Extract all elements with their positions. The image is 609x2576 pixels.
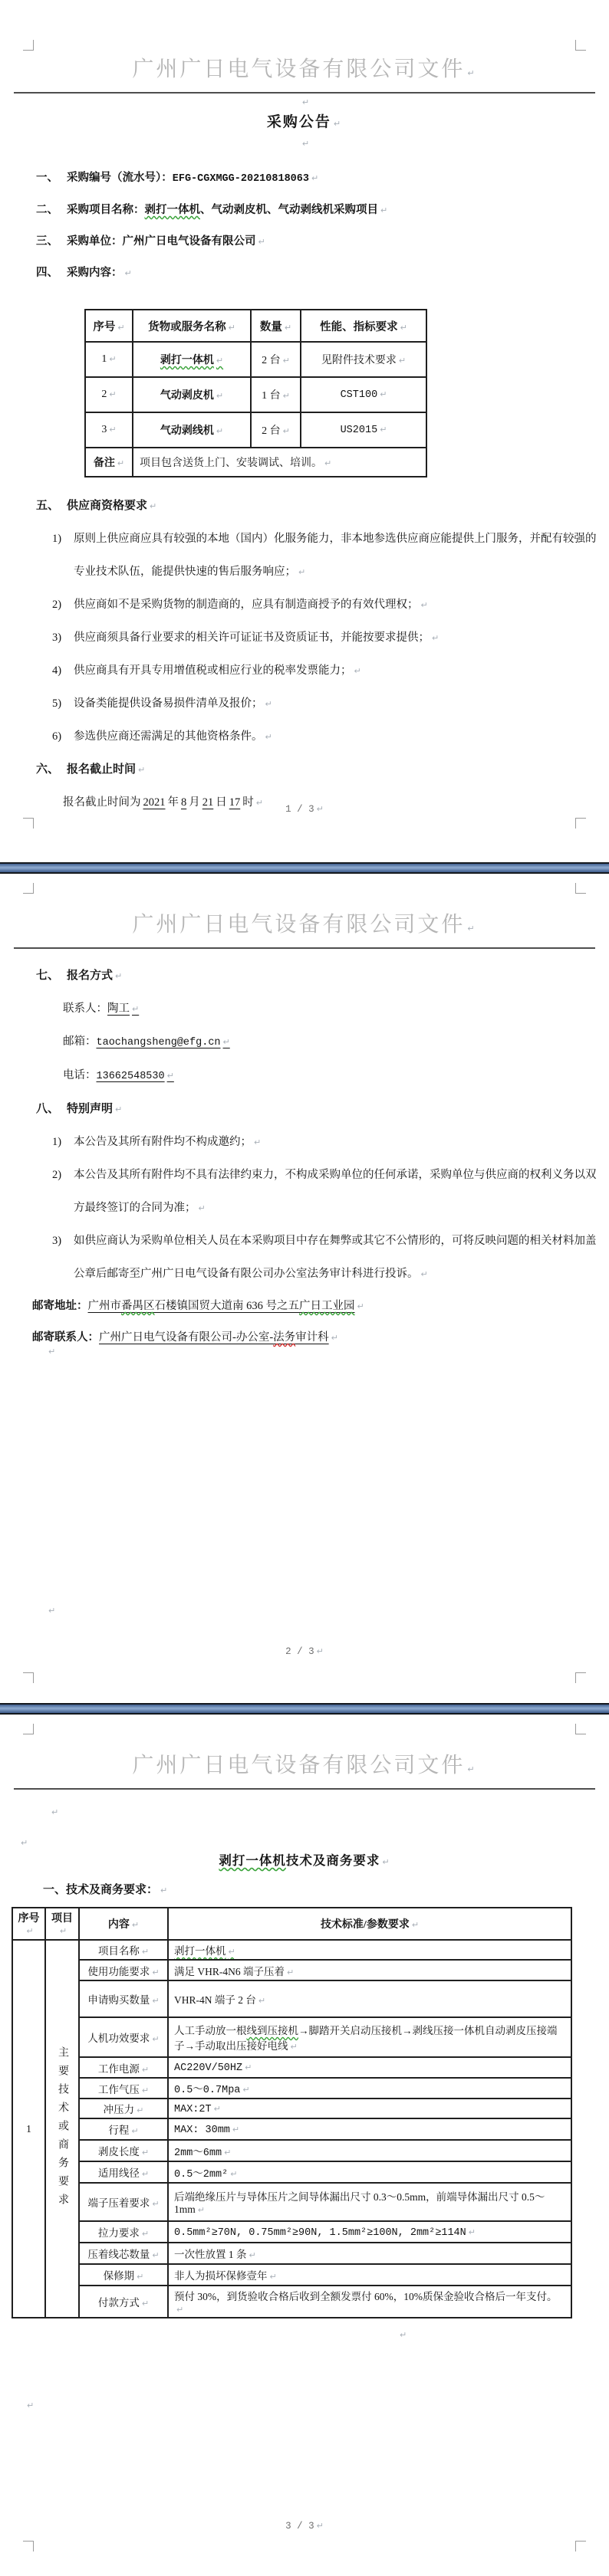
attachment-title-rest: 技术及商务要求 <box>286 1853 390 1868</box>
spec-name: 使用功能要求 <box>87 1966 159 1977</box>
contact-part: 广州广日电气设备有限公司-办公室- <box>99 1331 273 1344</box>
spec-name: 项目名称 <box>98 1945 149 1957</box>
list-marker: 2) <box>52 1159 74 1225</box>
phone-value: 13662548530 <box>97 1071 174 1082</box>
procurement-code: EFG-CGXMGG-20210818063 <box>173 173 318 185</box>
table-row: 冲压力 MAX:2T <box>12 2099 571 2118</box>
page-number: 1 / 3 <box>0 804 609 815</box>
address-part-spellcheck: 番禺区 <box>121 1300 155 1312</box>
spec-value: MAX:2T <box>174 2104 221 2115</box>
numbered-item-3: 三、采购单位：广州广日电气设备有限公司 <box>0 226 609 258</box>
paragraph-mark <box>397 2328 407 2341</box>
list-text: 参选供应商还需满足的其他资格条件。 <box>74 720 609 753</box>
spec-name: 剥皮长度 <box>98 2146 149 2158</box>
note-label: 备注 <box>94 458 124 469</box>
spec-name: 拉力要求 <box>98 2227 149 2239</box>
table-row: 使用功能要求 满足 VHR-4N6 端子压着 <box>12 1960 571 1980</box>
list-marker: 3) <box>52 1225 74 1291</box>
goods-req: CST100 <box>341 389 387 401</box>
return-mark-icon <box>397 2328 407 2341</box>
crop-mark <box>23 40 34 51</box>
item-label: 采购单位： <box>67 235 123 248</box>
paragraph-mark <box>25 2398 34 2412</box>
return-mark-icon <box>300 136 309 149</box>
table-row: 端子压着要求 后端绝缘压片与导体压片之间导体漏出尺寸 0.3～0.5mm，前端导… <box>12 2183 571 2221</box>
crop-mark <box>23 818 34 829</box>
list-text: 本公告及其所有附件均不构成邀约； <box>74 1126 609 1159</box>
spec-name: 适用线径 <box>98 2167 149 2179</box>
mail-contact-line: 邮寄联系人：广州广日电气设备有限公司-办公室-法务审计科 <box>0 1322 609 1354</box>
table-row: 1 主要技术或商务要求 项目名称 剥打一体机 <box>12 1940 571 1960</box>
row-index: 2 <box>101 389 116 400</box>
list-item: 2)供应商如不是采购货物的制造商的，应具有制造商授予的有效代理权； <box>0 589 609 622</box>
return-mark-icon <box>46 1344 55 1357</box>
return-mark-icon <box>329 1331 338 1344</box>
numbered-item-1: 一、采购编号（流水号）：EFG-CGXMGG-20210818063 <box>0 162 609 195</box>
list-item: 3)如供应商认为采购单位相关人员在本采购项目中存在舞弊或其它不公情形的，可将反映… <box>0 1225 609 1291</box>
crop-mark <box>575 1724 586 1734</box>
list-marker: 3) <box>52 622 74 655</box>
numbered-items: 一、采购编号（流水号）：EFG-CGXMGG-20210818063 二、采购项… <box>0 162 609 289</box>
phone-label: 电话： <box>63 1069 97 1081</box>
spec-name: 人机功效要求 <box>87 2033 159 2044</box>
row-index: 1 <box>26 2123 31 2135</box>
page-title: 采购公告 <box>0 112 609 135</box>
spec-name: 端子压着要求 <box>87 2197 159 2209</box>
paragraph-mark <box>0 94 609 110</box>
table-note-row: 备注 项目包含送货上门、安装调试、培训。 <box>85 448 426 477</box>
address-part: 广州市 <box>88 1300 122 1312</box>
spec-name: 压着线芯数量 <box>87 2249 159 2260</box>
numbered-item-4: 四、采购内容： <box>0 258 609 289</box>
return-mark-icon <box>355 1300 364 1312</box>
crop-mark <box>575 40 586 51</box>
goods-req: 见附件技术要求 <box>321 355 406 366</box>
goods-qty: 2 台 <box>262 425 290 437</box>
page-number-text: 3 / 3 <box>285 2521 324 2532</box>
section-title: 供应商资格要求 <box>67 500 156 512</box>
list-text: 供应商如不是采购货物的制造商的，应具有制造商授予的有效代理权； <box>74 589 609 622</box>
crop-mark <box>23 1724 34 1734</box>
attachment-title-highlight: 剥打一体机 <box>219 1853 286 1868</box>
document-page-3: 广州广日电气设备有限公司文件 剥打一体机技术及商务要求 一、技术及商务要求： 序… <box>0 1715 609 2576</box>
contact-line: 联系人：陶工 <box>0 993 609 1025</box>
column-header: 性能、指标要求 <box>320 321 407 333</box>
column-header: 序号 <box>18 1913 40 1937</box>
email-label: 邮箱： <box>63 1035 97 1048</box>
crop-mark <box>23 2541 34 2551</box>
list-marker: 4) <box>52 655 74 687</box>
company-letterhead: 广州广日电气设备有限公司文件 <box>0 874 609 938</box>
table-row: 压着线芯数量 一次性放置 1 条 <box>12 2243 571 2264</box>
crop-mark <box>575 2541 586 2551</box>
company-letterhead: 广州广日电气设备有限公司文件 <box>0 0 609 83</box>
spec-name: 付款方式 <box>98 2297 149 2309</box>
item-number: 三、 <box>36 226 67 257</box>
column-header: 项目 <box>51 1913 73 1937</box>
item-number: 一、 <box>36 162 67 193</box>
table-row: 工作气压 0.5～0.7Mpa <box>12 2078 571 2099</box>
contact-part-spellcheck: 法务 <box>273 1331 295 1344</box>
spec-value: 一次性放置 1 条 <box>174 2249 256 2260</box>
mail-contact-label: 邮寄联系人： <box>32 1331 99 1344</box>
table-row: 保修期 非人为损坏保修壹年 <box>12 2264 571 2286</box>
table-row: 人机功效要求 人工手动放一根线到压接机→脚踏开关启动压接机→剥线压接一体机自动剥… <box>12 2017 571 2057</box>
table-header-row: 序号 货物或服务名称 数量 性能、指标要求 <box>85 310 426 342</box>
goods-name: 气动剥皮机 <box>160 390 223 402</box>
address-part: 石楼镇国贸大道南 636 号之五 <box>155 1300 300 1312</box>
spec-name: 工作气压 <box>98 2084 149 2095</box>
list-text: 供应商具有开具专用增值税或相应行业的税率发票能力； <box>74 655 609 687</box>
column-header: 内容 <box>108 1919 139 1931</box>
table-row: 行程 MAX: 30mm <box>12 2118 571 2140</box>
return-mark-icon <box>49 1805 58 1818</box>
item-label: 采购项目名称： <box>67 204 145 216</box>
section-title: 技术及商务要求： <box>66 1884 167 1896</box>
spec-value: 非人为损坏保修壹年 <box>174 2270 277 2282</box>
technical-requirements-table: 序号 项目 内容 技术标准/参数要求 1 主要技术或商务要求 项目名称 剥打一体… <box>12 1907 572 2318</box>
spec-value: 0.5mm²≥70N, 0.75mm²≥90N, 1.5mm²≥100N, 2m… <box>174 2227 476 2239</box>
mail-address-line: 邮寄地址：广州市番禺区石楼镇国贸大道南 636 号之五广日工业园 <box>0 1291 609 1322</box>
spec-value: 预付 30%，到货验收合格后收到全额发票付 60%，10%质保金验收合格后一年支… <box>174 2291 558 2315</box>
row-index: 1 <box>101 353 116 365</box>
spec-name: 冲压力 <box>104 2104 144 2115</box>
list-item: 1)本公告及其所有附件均不构成邀约； <box>0 1126 609 1159</box>
email-line: 邮箱：taochangsheng@efg.cn <box>0 1025 609 1059</box>
page-number-text: 2 / 3 <box>285 1646 324 1657</box>
list-item: 3)供应商须具备行业要求的相关许可证证书及资质证书，并能按要求提供； <box>0 622 609 655</box>
document-page-1: 广州广日电气设备有限公司文件 采购公告 一、采购编号（流水号）：EFG-CGXM… <box>0 0 609 862</box>
mail-contact-value: 广州广日电气设备有限公司-办公室-法务审计科 <box>99 1331 329 1344</box>
phone-line: 电话：13662548530 <box>0 1059 609 1093</box>
spec-value: 2mm～6mm <box>174 2148 231 2159</box>
list-text: 原则上供应商应具有较强的本地（国内）化服务能力，非本地参选供应商应能提供上门服务… <box>74 523 609 589</box>
item-number: 二、 <box>36 195 67 225</box>
attachment-title: 剥打一体机技术及商务要求 <box>0 1851 609 1872</box>
section-title: 报名方式 <box>67 970 122 982</box>
spec-value: MAX: 30mm <box>174 2125 239 2136</box>
section-1-heading: 一、技术及商务要求： <box>0 1875 609 1905</box>
spec-value: 满足 VHR-4N6 端子压着 <box>174 1966 294 1977</box>
project-name-rest: 、气动剥皮机、气动剥线机采购项目 <box>200 204 387 216</box>
page-number: 2 / 3 <box>0 1646 609 1657</box>
address-part-spellcheck: 广日工业园 <box>299 1300 355 1312</box>
list-item: 2)本公告及其所有附件均不具有法律约束力，不构成采购单位的任何承诺，采购单位与供… <box>0 1159 609 1225</box>
spacer <box>0 1790 609 1848</box>
list-marker: 2) <box>52 589 74 622</box>
table-header-row: 序号 项目 内容 技术标准/参数要求 <box>12 1908 571 1940</box>
spec-value: 0.5～0.7Mpa <box>174 2085 250 2096</box>
table-row: 适用线径 0.5～2mm² <box>12 2161 571 2183</box>
crop-mark <box>575 1672 586 1683</box>
list-marker: 5) <box>52 687 74 720</box>
column-header: 货物或服务名称 <box>148 321 235 333</box>
spec-value: 后端绝缘压片与导体压片之间导体漏出尺寸 0.3～0.5mm，前端导体漏出尺寸 0… <box>174 2191 545 2215</box>
spec-name: 保修期 <box>104 2270 144 2282</box>
page-separator <box>0 1703 609 1715</box>
company-letterhead: 广州广日电气设备有限公司文件 <box>0 1715 609 1779</box>
spec-value-part: 人工手动放一根 <box>174 2025 247 2036</box>
procurement-content-table: 序号 货物或服务名称 数量 性能、指标要求 1 剥打一体机 2 台 见附件技术要… <box>84 309 427 477</box>
section-title: 报名截止时间 <box>67 763 145 776</box>
letterhead-rule <box>14 947 595 949</box>
spec-value: VHR-4N 端子 2 台 <box>174 1994 265 2006</box>
section-title: 特别声明 <box>67 1103 122 1115</box>
table-row: 2 气动剥皮机 1 台 CST100 <box>85 377 426 412</box>
contact-label: 联系人： <box>63 1003 107 1015</box>
section-number: 八、 <box>36 1093 67 1126</box>
spec-value: AC220V/50HZ <box>174 2062 252 2074</box>
return-mark-icon <box>25 2398 34 2411</box>
purchaser-name: 广州广日电气设备有限公司 <box>123 235 265 248</box>
numbered-item-2: 二、采购项目名称：剥打一体机、气动剥皮机、气动剥线机采购项目 <box>0 195 609 226</box>
table-row: 1 剥打一体机 2 台 见附件技术要求 <box>85 342 426 377</box>
table-row: 申请购买数量 VHR-4N 端子 2 台 <box>12 1980 571 2017</box>
return-mark-icon <box>46 1603 55 1616</box>
table-row: 工作电源 AC220V/50HZ <box>12 2057 571 2078</box>
paragraph-mark <box>18 1836 28 1849</box>
row-index: 3 <box>101 424 116 435</box>
list-marker: 1) <box>52 523 74 589</box>
page-number-text: 1 / 3 <box>285 804 324 815</box>
paragraph-mark <box>49 1805 58 1819</box>
paragraph-mark <box>46 1344 55 1358</box>
section-number: 七、 <box>36 960 67 993</box>
paragraph-mark <box>46 1603 55 1617</box>
spec-value: 剥打一体机 <box>174 1945 235 1957</box>
crop-mark <box>23 1672 34 1683</box>
list-item: 1)原则上供应商应具有较强的本地（国内）化服务能力，非本地参选供应商应能提供上门… <box>0 523 609 589</box>
goods-name: 剥打一体机 <box>160 355 223 366</box>
goods-name: 气动剥线机 <box>160 425 223 437</box>
spec-name: 工作电源 <box>98 2063 149 2075</box>
list-marker: 1) <box>52 1126 74 1159</box>
goods-qty: 2 台 <box>262 355 290 366</box>
document-page-2: 广州广日电气设备有限公司文件 七、报名方式 联系人：陶工 邮箱：taochang… <box>0 874 609 1703</box>
section-number: 六、 <box>36 753 67 786</box>
section-number: 一、 <box>43 1884 66 1896</box>
category-vertical-label: 主要技术或商务要求 <box>57 2046 67 2212</box>
spec-name: 行程 <box>108 2125 138 2136</box>
list-text: 如供应商认为采购单位相关人员在本采购项目中存在舞弊或其它不公情形的，可将反映问题… <box>74 1225 609 1291</box>
column-header: 序号 <box>93 321 124 333</box>
goods-req: US2015 <box>341 425 387 436</box>
goods-qty: 1 台 <box>262 390 290 402</box>
table-row: 剥皮长度 2mm～6mm <box>12 2140 571 2161</box>
spec-value: 0.5～2mm² <box>174 2169 237 2181</box>
column-header: 数量 <box>260 321 291 333</box>
return-mark-icon <box>18 1836 28 1849</box>
mail-address-value: 广州市番禺区石楼镇国贸大道南 636 号之五广日工业园 <box>88 1300 355 1312</box>
section-number: 五、 <box>36 490 67 523</box>
page-separator <box>0 862 609 874</box>
list-item: 4)供应商具有开具专用增值税或相应行业的税率发票能力； <box>0 655 609 687</box>
crop-mark <box>575 818 586 829</box>
section-8-heading: 八、特别声明 <box>0 1093 609 1126</box>
table-row: 拉力要求 0.5mm²≥70N, 0.75mm²≥90N, 1.5mm²≥100… <box>12 2221 571 2243</box>
list-text: 设备类能提供设备易损件清单及报价； <box>74 687 609 720</box>
item-label: 采购内容： <box>67 267 132 279</box>
list-marker: 6) <box>52 720 74 753</box>
item-label: 采购编号（流水号）： <box>67 172 173 184</box>
column-header: 技术标准/参数要求 <box>321 1919 419 1931</box>
item-number: 四、 <box>36 258 67 288</box>
email-value: taochangsheng@efg.cn <box>97 1037 230 1048</box>
section-6-heading: 六、报名截止时间 <box>0 753 609 786</box>
table-row: 3 气动剥线机 2 台 US2015 <box>85 412 426 448</box>
return-mark-icon <box>300 95 309 108</box>
list-item: 5)设备类能提供设备易损件清单及报价； <box>0 687 609 720</box>
list-text: 本公告及其所有附件均不具有法律约束力，不构成采购单位的任何承诺，采购单位与供应商… <box>74 1159 609 1225</box>
section-7-heading: 七、报名方式 <box>0 960 609 993</box>
paragraph-mark <box>0 135 609 152</box>
page-title-text: 采购公告 <box>267 114 342 130</box>
section-5-heading: 五、供应商资格要求 <box>0 490 609 523</box>
crop-mark <box>575 883 586 894</box>
contact-name: 陶工 <box>107 1003 139 1015</box>
table-row: 付款方式 预付 30%，到货验收合格后收到全额发票付 60%，10%质保金验收合… <box>12 2286 571 2318</box>
list-item: 6)参选供应商还需满足的其他资格条件。 <box>0 720 609 753</box>
crop-mark <box>23 883 34 894</box>
mail-address-label: 邮寄地址： <box>32 1300 88 1312</box>
note-text: 项目包含送货上门、安装调试、培训。 <box>140 458 331 469</box>
spec-value-spellcheck: 线到压接机 <box>247 2025 299 2036</box>
page-number: 3 / 3 <box>0 2521 609 2532</box>
list-text: 供应商须具备行业要求的相关许可证证书及资质证书，并能按要求提供； <box>74 622 609 655</box>
contact-part: 审计科 <box>295 1331 329 1344</box>
spec-name: 申请购买数量 <box>87 1994 159 2006</box>
project-name-highlight: 剥打一体机 <box>145 204 201 216</box>
